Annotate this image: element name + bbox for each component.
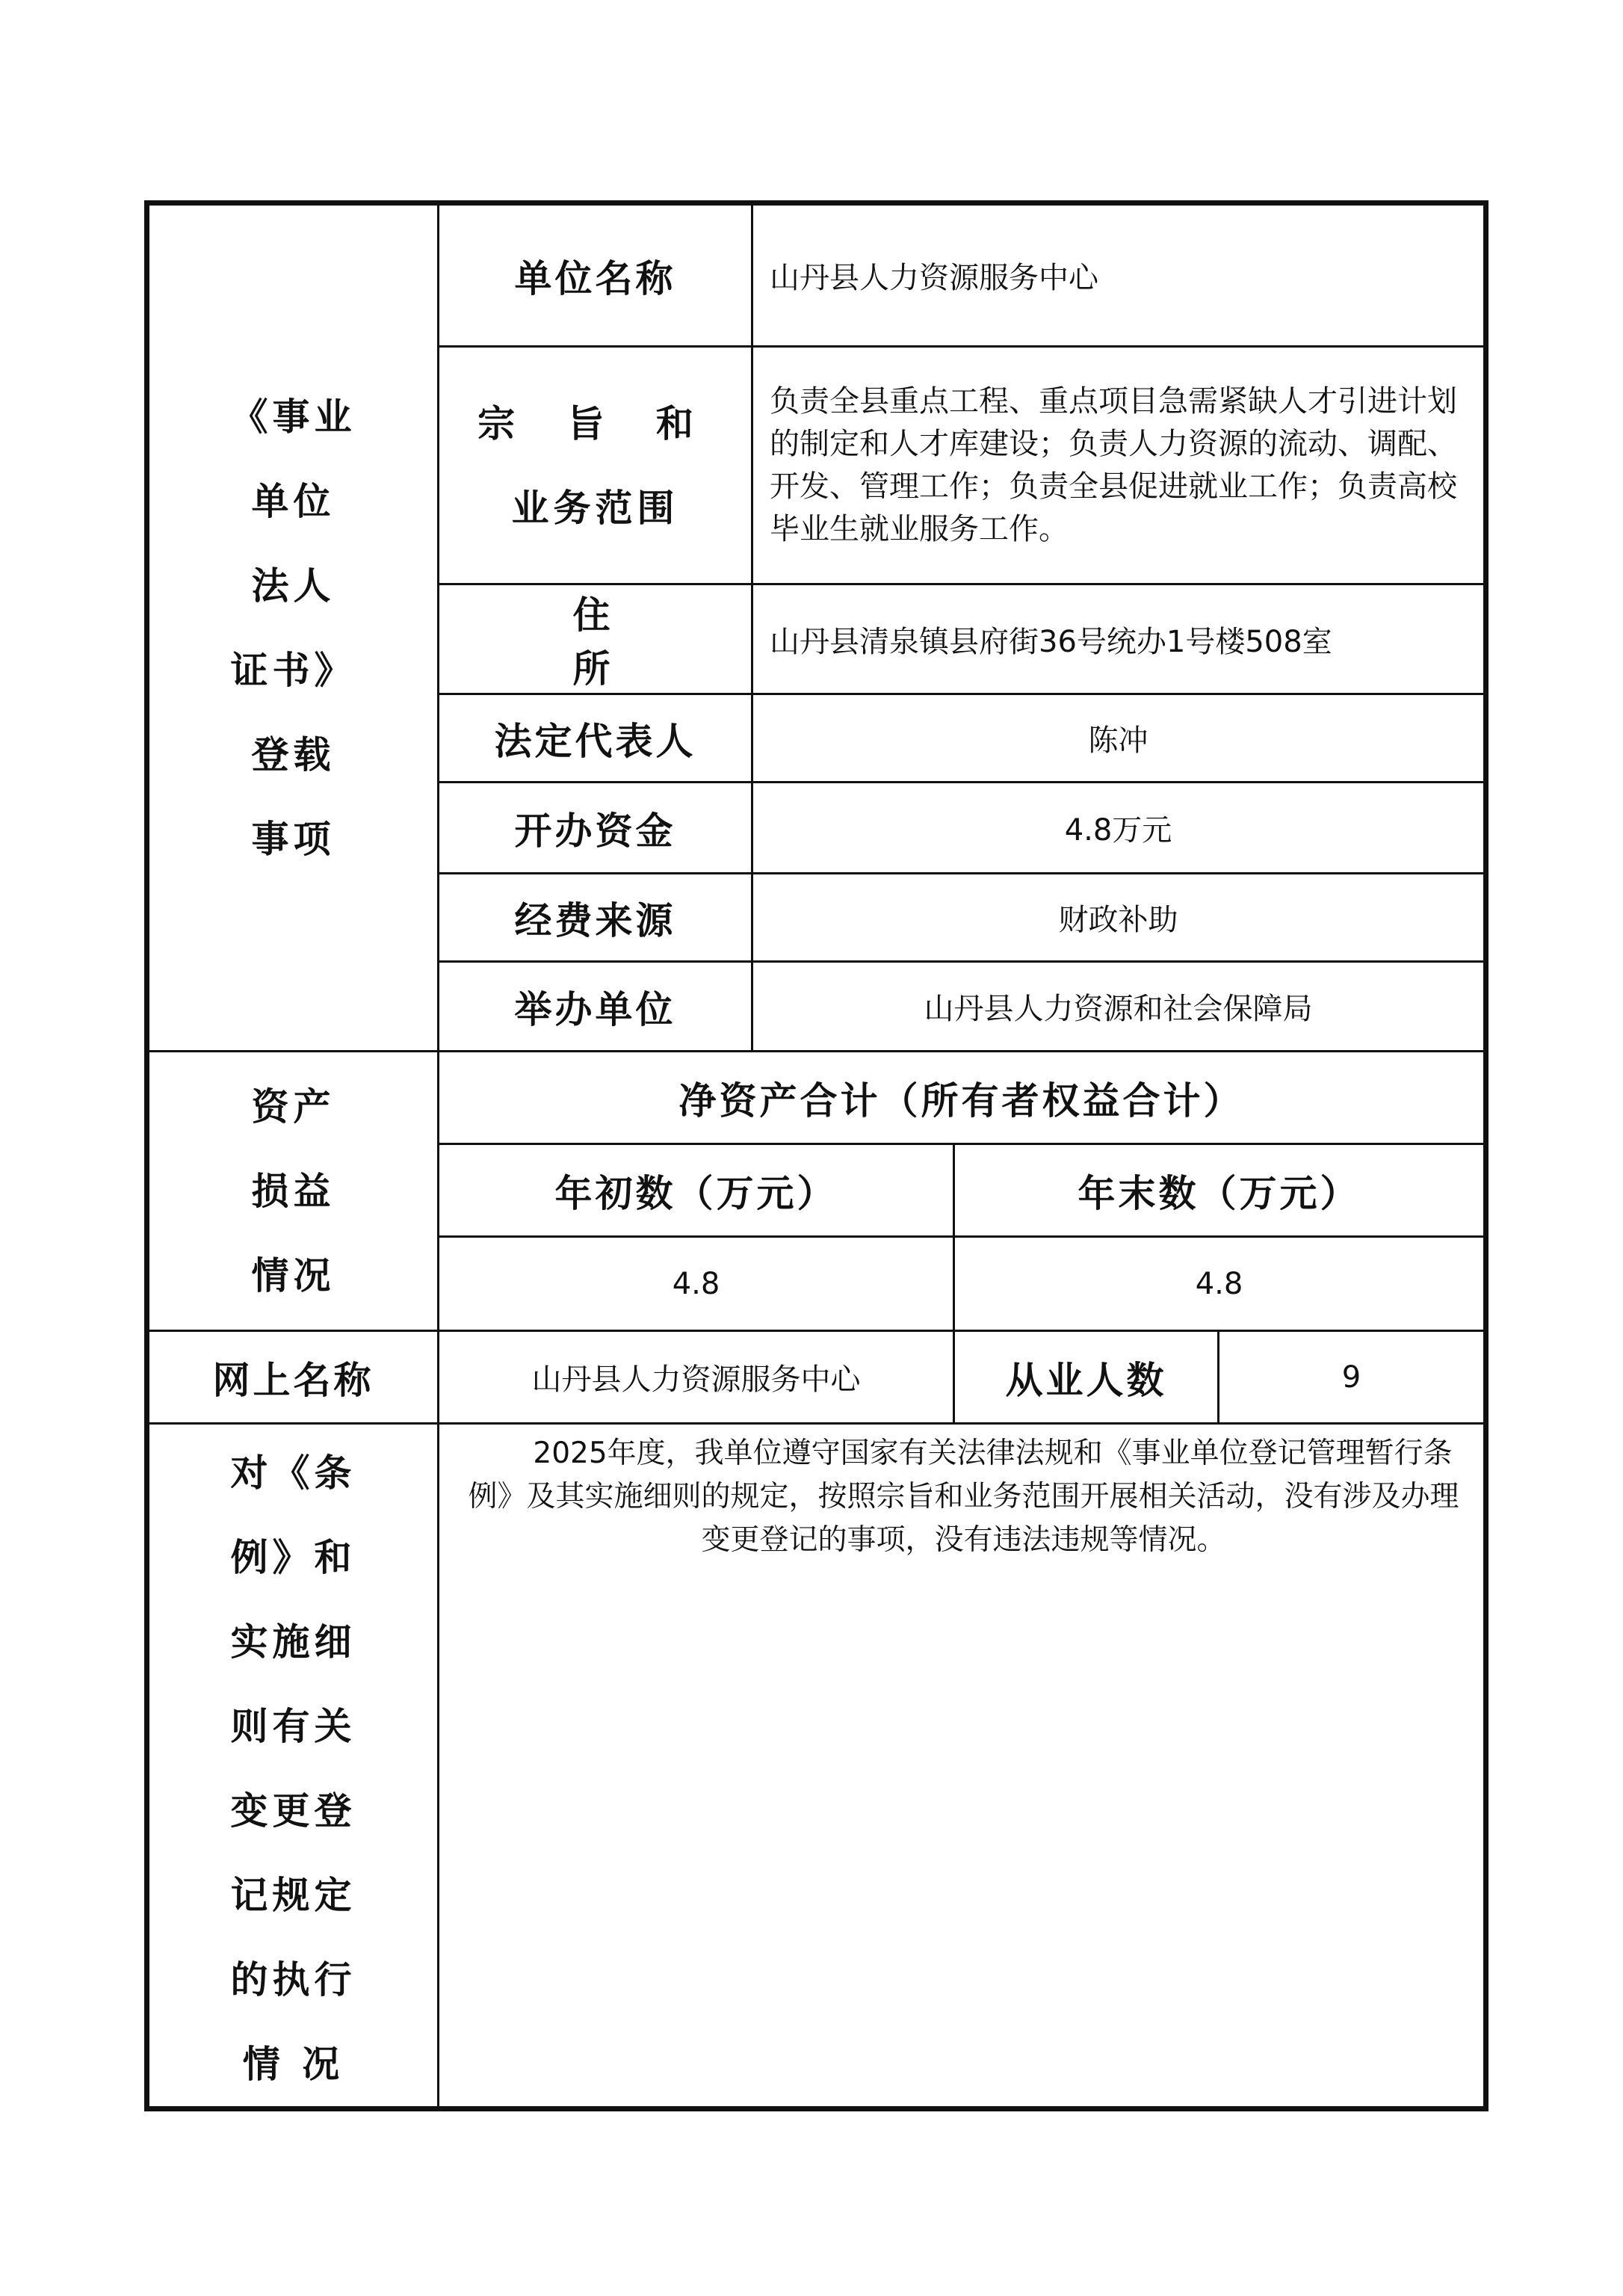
purpose-scope-value: 负责全县重点工程、重点项目急需紧缺人才引进计划的制定和人才库建设；负责人力资源的… (752, 347, 1486, 584)
regulation-statement: 2025年度，我单位遵守国家有关法律法规和《事业单位登记管理暂行条例》及其实施细… (439, 1424, 1486, 2109)
year-start-value: 4.8 (439, 1237, 954, 1331)
assets-label-line: 资产 (252, 1064, 336, 1149)
cert-label-line: 登载 (252, 712, 336, 797)
year-start-column-header: 年初数（万元） (439, 1144, 954, 1237)
assets-label-line: 损益 (252, 1149, 336, 1233)
regulation-label-line: 则有关 (231, 1684, 356, 1768)
year-end-value: 4.8 (954, 1237, 1486, 1331)
startup-capital-label: 开办资金 (439, 783, 752, 874)
net-assets-header: 净资产合计（所有者权益合计） (439, 1052, 1486, 1144)
address-label: 住所 (439, 584, 752, 694)
purpose-label-line: 业务范围 (512, 466, 679, 550)
unit-name-value: 山丹县人力资源服务中心 (752, 203, 1486, 347)
funding-source-value: 财政补助 (752, 874, 1486, 962)
regulation-label-line: 情 况 (243, 2022, 344, 2106)
regulation-section-label: 对《条 例》和 实施细 则有关 变更登 记规定 的执行 情 况 (147, 1424, 439, 2109)
year-end-column-header: 年末数（万元） (954, 1144, 1486, 1237)
sponsor-value: 山丹县人力资源和社会保障局 (752, 962, 1486, 1052)
startup-capital-value: 4.8万元 (752, 783, 1486, 874)
staff-count-label: 从业人数 (954, 1331, 1219, 1424)
regulation-label-line: 对《条 (231, 1431, 356, 1515)
online-name-value: 山丹县人力资源服务中心 (439, 1331, 954, 1424)
regulation-label-line: 的执行 (231, 1937, 356, 2022)
cert-label-line: 事项 (252, 797, 336, 881)
funding-source-label: 经费来源 (439, 874, 752, 962)
certificate-section-label: 《事业 单位 法人 证书》 登载 事项 (147, 203, 439, 1052)
sponsor-label: 举办单位 (439, 962, 752, 1052)
unit-name-label: 单位名称 (439, 203, 752, 347)
assets-label-line: 情况 (252, 1233, 336, 1318)
cert-label-line: 法人 (252, 543, 336, 628)
online-name-label: 网上名称 (147, 1331, 439, 1424)
regulation-label-line: 实施细 (231, 1599, 356, 1684)
cert-label-line: 单位 (252, 459, 336, 543)
row-net-assets-header: 资产 损益 情况 净资产合计（所有者权益合计） (147, 1052, 1486, 1144)
regulation-label-line: 例》和 (231, 1515, 356, 1599)
purpose-label-line: 宗 旨 和 (477, 381, 713, 466)
staff-count-value: 9 (1219, 1331, 1486, 1424)
row-unit-name: 《事业 单位 法人 证书》 登载 事项 单位名称 山丹县人力资源服务中心 (147, 203, 1486, 347)
annual-report-table: 《事业 单位 法人 证书》 登载 事项 单位名称 山丹县人力资源服务中心 宗 旨… (144, 200, 1488, 2111)
cert-label-line: 《事业 (231, 374, 356, 459)
regulation-label-line: 变更登 (231, 1768, 356, 1853)
assets-section-label: 资产 损益 情况 (147, 1052, 439, 1331)
address-value: 山丹县清泉镇县府街36号统办1号楼508室 (752, 584, 1486, 694)
cert-label-line: 证书》 (231, 628, 356, 712)
document-page: 《事业 单位 法人 证书》 登载 事项 单位名称 山丹县人力资源服务中心 宗 旨… (0, 0, 1623, 2296)
regulation-label-line: 记规定 (231, 1853, 356, 1937)
legal-rep-label: 法定代表人 (439, 694, 752, 783)
row-regulation-execution: 对《条 例》和 实施细 则有关 变更登 记规定 的执行 情 况 2025年度，我… (147, 1424, 1486, 2109)
purpose-scope-label: 宗 旨 和 业务范围 (439, 347, 752, 584)
legal-rep-value: 陈冲 (752, 694, 1486, 783)
regulation-statement-text: 2025年度，我单位遵守国家有关法律法规和《事业单位登记管理暂行条例》及其实施细… (454, 1432, 1473, 1562)
row-online-name: 网上名称 山丹县人力资源服务中心 从业人数 9 (147, 1331, 1486, 1424)
